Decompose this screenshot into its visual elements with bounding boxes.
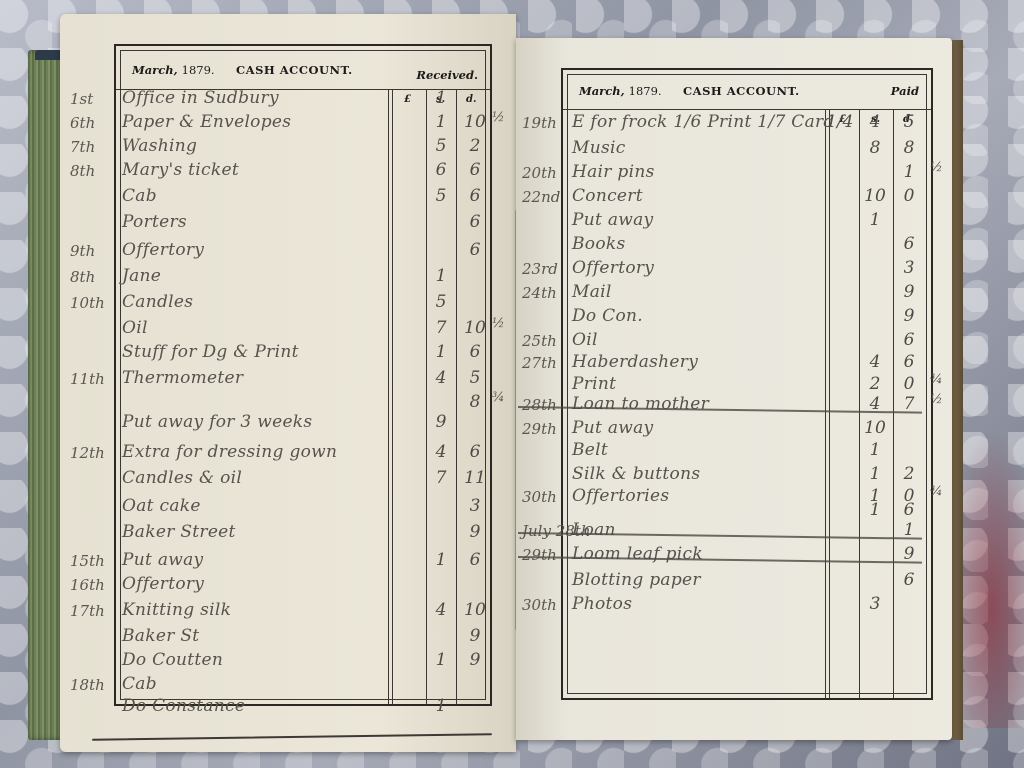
entry-pence: 3	[462, 496, 488, 516]
entry-date: 28th	[522, 396, 557, 414]
entry-pence: 6	[896, 234, 922, 254]
entry-description: Candles & oil	[122, 468, 242, 488]
entry-description: Oat cake	[122, 496, 201, 516]
entry-description: Baker St	[122, 626, 199, 646]
entry-description: Stuff for Dg & Print	[122, 342, 299, 362]
entry-shillings: 4	[428, 368, 454, 388]
column-rule	[893, 110, 894, 698]
entry-description: Extra for dressing gown	[122, 442, 337, 462]
entry-description: Music	[572, 138, 626, 158]
entry-shillings: 5	[428, 136, 454, 156]
header-title: CASH ACCOUNT.	[683, 84, 800, 98]
entry-pence: 10	[462, 318, 488, 338]
entry-shillings: 10	[862, 186, 888, 206]
entry-pence: 6	[462, 550, 488, 570]
entry-date: 18th	[70, 676, 105, 694]
entry-date: 16th	[70, 576, 105, 594]
entry-description: Do Constance	[122, 696, 245, 716]
entry-pence: 6	[462, 342, 488, 362]
entry-pence: 9	[462, 626, 488, 646]
entry-shillings: 8	[862, 138, 888, 158]
entry-date: 12th	[70, 444, 105, 462]
entry-description: Knitting silk	[122, 600, 231, 620]
entry-pence: 5	[896, 112, 922, 132]
entry-date: 1st	[70, 90, 93, 108]
entry-shillings: 1	[428, 342, 454, 362]
entry-shillings: 4	[428, 442, 454, 462]
entry-shillings: 3	[862, 594, 888, 614]
column-rule	[859, 110, 860, 698]
entry-shillings: 1	[862, 440, 888, 460]
entry-pence: 0	[896, 374, 922, 394]
entry-date: 8th	[70, 162, 95, 180]
entry-date: 24th	[522, 284, 557, 302]
column-rule	[456, 90, 457, 704]
entry-description: Loan to mother	[572, 394, 709, 414]
header-month: March, 1879.	[132, 63, 215, 77]
entry-description: Offertory	[122, 240, 204, 260]
entry-shillings: 4	[862, 352, 888, 372]
entry-pence: 6	[462, 160, 488, 180]
entry-fraction: ½	[930, 392, 943, 407]
header-received: Received.	[416, 68, 478, 82]
entry-description: Cab	[122, 186, 157, 206]
entry-shillings: 5	[428, 186, 454, 206]
entry-date: 8th	[70, 268, 95, 286]
header-paid: Paid	[891, 84, 919, 98]
entry-description: Mail	[572, 282, 612, 302]
pounds-column-header: £	[404, 94, 411, 105]
entry-date: 20th	[522, 164, 557, 182]
entry-shillings: 10	[862, 418, 888, 438]
column-rule	[825, 110, 826, 698]
entry-description: Baker Street	[122, 522, 236, 542]
entry-pence: 2	[462, 136, 488, 156]
entry-description: Put away for 3 weeks	[122, 412, 312, 432]
entry-description: Oil	[572, 330, 598, 350]
entry-description: Concert	[572, 186, 643, 206]
entry-date: 29th	[522, 420, 557, 438]
entry-shillings: 1	[862, 500, 888, 520]
entry-pence: 6	[896, 570, 922, 590]
entry-date: 17th	[70, 602, 105, 620]
entry-description: Books	[572, 234, 626, 254]
column-rule	[829, 110, 830, 698]
entry-date: 23rd	[522, 260, 558, 278]
entry-description: Offertory	[572, 258, 654, 278]
entry-shillings: 1	[428, 696, 454, 716]
entry-pence: 10	[462, 600, 488, 620]
entry-description: Oil	[122, 318, 148, 338]
book-headband	[35, 50, 63, 60]
entry-pence: 0	[896, 186, 922, 206]
entry-shillings: 4	[862, 112, 888, 132]
column-rule	[426, 90, 427, 704]
entry-description: Loan	[572, 520, 616, 540]
entry-description: Do Con.	[572, 306, 643, 326]
entry-shillings: 1	[428, 112, 454, 132]
entry-pence: 9	[896, 282, 922, 302]
entry-pence: 6	[896, 330, 922, 350]
right-page-header: March, 1879. CASH ACCOUNT. Paid	[563, 70, 931, 110]
entry-shillings: 1	[428, 88, 454, 108]
entry-description: Offertories	[572, 486, 669, 506]
entry-pence: 2	[896, 464, 922, 484]
column-rule	[388, 90, 389, 704]
entry-description: Mary's ticket	[122, 160, 239, 180]
entry-date: 10th	[70, 294, 105, 312]
column-rule	[392, 90, 393, 704]
entry-shillings: 4	[428, 600, 454, 620]
entry-description: Blotting paper	[572, 570, 701, 590]
entry-description: Candles	[122, 292, 193, 312]
entry-shillings: 9	[428, 412, 454, 432]
entry-description: Loom leaf pick	[572, 544, 703, 564]
entry-description: Thermometer	[122, 368, 243, 388]
entry-date: 25th	[522, 332, 557, 350]
entry-date: 29th	[522, 546, 557, 564]
entry-fraction: ½	[492, 110, 505, 125]
left-page-header: March, 1879. CASH ACCOUNT. Received.	[116, 46, 490, 90]
entry-shillings: 7	[428, 468, 454, 488]
entry-description: Put away	[572, 210, 653, 230]
entry-pence: 1	[896, 162, 922, 182]
entry-fraction: ¾	[492, 390, 505, 405]
entry-date: 15th	[70, 552, 105, 570]
entry-pence: 6	[462, 240, 488, 260]
entry-shillings: 1	[428, 650, 454, 670]
entry-pence: 11	[462, 468, 488, 488]
entry-shillings: 6	[428, 160, 454, 180]
entry-fraction: ½	[930, 160, 943, 175]
entry-description: E for frock 1/6 Print 1/7 Card	[572, 112, 835, 132]
entry-shillings: 1	[428, 266, 454, 286]
entry-pence: 8	[896, 138, 922, 158]
entry-description: Put away	[572, 418, 653, 438]
entry-date: 30th	[522, 488, 557, 506]
entry-description: Put away	[122, 550, 203, 570]
entry-pence: 6	[896, 500, 922, 520]
entry-pence: 5	[462, 368, 488, 388]
entry-shillings: 1	[862, 464, 888, 484]
entry-description: Belt	[572, 440, 608, 460]
header-month: March, 1879.	[579, 84, 662, 98]
entry-date: 9th	[70, 242, 95, 260]
entry-pence: 9	[462, 522, 488, 542]
entry-pence: 9	[462, 650, 488, 670]
pence-column-header: d.	[466, 94, 476, 105]
header-title: CASH ACCOUNT.	[236, 63, 353, 77]
entry-pence: 8	[462, 392, 488, 412]
entry-fraction: ¾	[930, 372, 943, 387]
entry-date: 19th	[522, 114, 557, 132]
entry-description: Office in Sudbury	[122, 88, 279, 108]
entry-date: 27th	[522, 354, 557, 372]
entry-description: Washing	[122, 136, 197, 156]
entry-pence: 9	[896, 306, 922, 326]
entry-description: Jane	[122, 266, 161, 286]
entry-description: Photos	[572, 594, 632, 614]
entry-date: 11th	[70, 370, 105, 388]
entry-pence: 6	[462, 442, 488, 462]
entry-date: 22nd	[522, 188, 560, 206]
entry-description: Haberdashery	[572, 352, 698, 372]
entry-pence: 6	[896, 352, 922, 372]
entry-pence: 6	[462, 186, 488, 206]
entry-pence: 10	[462, 112, 488, 132]
entry-description: Porters	[122, 212, 187, 232]
entry-date: 30th	[522, 596, 557, 614]
entry-pence: 3	[896, 258, 922, 278]
entry-description: Offertory	[122, 574, 204, 594]
entry-shillings: 2	[862, 374, 888, 394]
entry-shillings: 7	[428, 318, 454, 338]
entry-description: Print	[572, 374, 616, 394]
entry-fraction: ¾	[930, 484, 943, 499]
entry-description: Silk & buttons	[572, 464, 700, 484]
entry-description: Cab	[122, 674, 157, 694]
entry-date: 7th	[70, 138, 95, 156]
entry-description: Do Coutten	[122, 650, 223, 670]
entry-description: Hair pins	[572, 162, 655, 182]
entry-shillings: 1	[862, 210, 888, 230]
entry-shillings: 1	[428, 550, 454, 570]
entry-pounds: 1/4	[826, 112, 852, 132]
entry-fraction: ½	[492, 316, 505, 331]
entry-description: Paper & Envelopes	[122, 112, 291, 132]
entry-date: 6th	[70, 114, 95, 132]
entry-pence: 6	[462, 212, 488, 232]
entry-shillings: 5	[428, 292, 454, 312]
